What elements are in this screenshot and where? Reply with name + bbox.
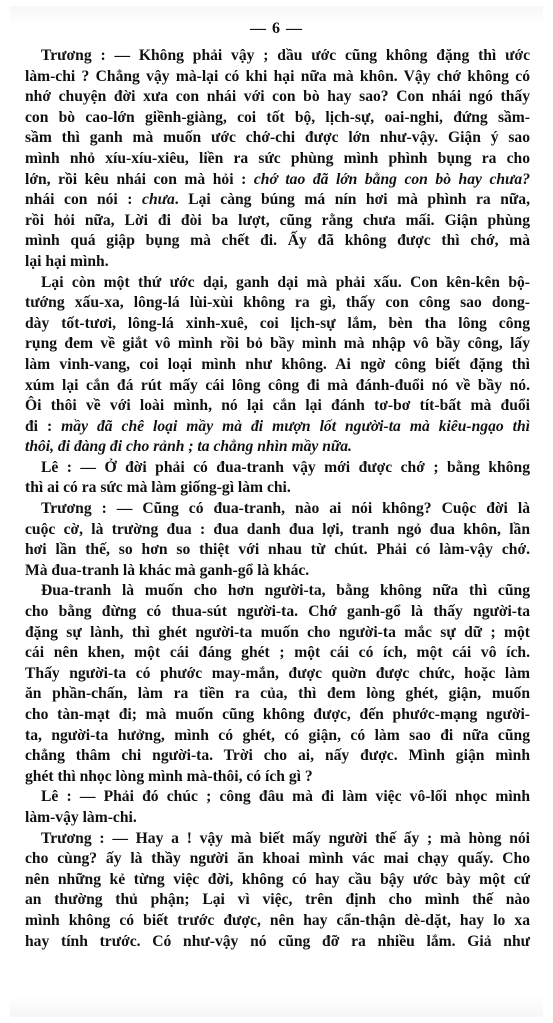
text-line: cái nên khen, một cái đáng ghét ; một cá… bbox=[25, 643, 530, 664]
text-line: Trương : — Cũng có đua-tranh, nào ai nói… bbox=[25, 499, 530, 520]
line-text: ta, người-ta hưởng, mình có ghét, có giậ… bbox=[25, 727, 530, 744]
body-text: Trương : — Không phải vậy ; dầu ước cũng… bbox=[25, 46, 530, 952]
text-line: mình không có biết trước được, nên hay c… bbox=[25, 911, 530, 932]
line-text: đi : bbox=[25, 418, 61, 435]
text-line: rụng đem về giắt vô mình rồi bỏ bầy mình… bbox=[25, 334, 530, 355]
text-line: hơi lần thế, so hơn so thiệt với nhau từ… bbox=[25, 540, 530, 561]
text-line: cho cùng? ấy là thầy người ăn khoai mình… bbox=[25, 849, 530, 870]
text-line: Mà đua-tranh là khác mà ganh-gổ là khác. bbox=[25, 561, 530, 582]
line-text: ghét thì nhọc lòng mình mà-thôi, có ích … bbox=[25, 768, 313, 785]
text-line: cho bằng đừng có thua-sút người-ta. Chớ … bbox=[25, 602, 530, 623]
line-text: cho bằng đừng có thua-sút người-ta. Chớ … bbox=[25, 603, 530, 620]
scanned-page: — 6 — Trương : — Không phải vậy ; dầu ướ… bbox=[0, 0, 553, 1023]
line-text: Trương : — Cũng có đua-tranh, nào ai nói… bbox=[41, 500, 530, 517]
line-text: lớn, rồi kêu nhái con mà hỏi : bbox=[25, 171, 254, 188]
text-line: xúm lại cắn đá rút mấy cái lông công đi … bbox=[25, 376, 530, 397]
text-line: hay tính trước. Có như-vậy nó cũng đỡ ra… bbox=[25, 932, 530, 953]
line-text: lại hại mình. bbox=[25, 253, 109, 270]
line-text: làm-vậy làm-chi. bbox=[25, 809, 137, 826]
line-text: dày tốt-tươi, lông-lá xinh-xuê, coi lịch… bbox=[25, 315, 530, 332]
text-line: mình quá giập bụng mà chết đi. Ấy đã khô… bbox=[25, 231, 530, 252]
text-line: an thường thủ phận; Lại vì việc, trên đị… bbox=[25, 890, 530, 911]
text-line: lại hại mình. bbox=[25, 252, 530, 273]
text-line: mình nhỏ xíu-xíu-xiêu, liền ra sức phùng… bbox=[25, 149, 530, 170]
text-line: Ôi thôi về với loài mình, nó lại cắn lại… bbox=[25, 396, 530, 417]
page-number: — 6 — bbox=[0, 20, 553, 38]
line-text: nhái con nói : bbox=[25, 191, 142, 208]
text-line: ăn phần-chấn, làm ra tiền ra của, thì đe… bbox=[25, 684, 530, 705]
text-line: Trương : — Không phải vậy ; dầu ước cũng… bbox=[25, 46, 530, 67]
text-line: nên những kẻ từng việc đời, không có hay… bbox=[25, 870, 530, 891]
line-text: xúm lại cắn đá rút mấy cái lông công đi … bbox=[25, 377, 530, 394]
line-text: hay tính trước. Có như-vậy nó cũng đỡ ra… bbox=[25, 933, 530, 950]
line-text: Trương : — Không phải vậy ; dầu ước cũng… bbox=[41, 47, 530, 64]
line-text: Lê : — Ở đời phải có đua-tranh vậy mới đ… bbox=[41, 459, 530, 476]
line-text: Trương : — Hay a ! vậy mà biết mấy người… bbox=[41, 830, 530, 847]
line-text: đặng sự lành, thì ghét người-ta muốn cho… bbox=[25, 624, 530, 641]
line-text: nhớ chuyện đời xưa con nhái với con bò h… bbox=[25, 88, 530, 105]
text-line: đặng sự lành, thì ghét người-ta muốn cho… bbox=[25, 623, 530, 644]
italic-quote: chớ tao đã lớn bằng con bò hay chưa? bbox=[254, 171, 530, 188]
text-line: chẳng thâm chi người-ta. Trời cho ai, nấ… bbox=[25, 746, 530, 767]
line-text: làm vinh-vang, coi loại mình như không. … bbox=[25, 356, 530, 373]
line-text: Ôi thôi về với loài mình, nó lại cắn lại… bbox=[25, 397, 530, 414]
line-text: thì ai có ra sức mà làm giống-gì làm chi… bbox=[25, 479, 291, 496]
text-line: lớn, rồi kêu nhái con mà hỏi : chớ tao đ… bbox=[25, 170, 530, 191]
line-text: mình không có biết trước được, nên hay c… bbox=[25, 912, 530, 929]
text-line: nhớ chuyện đời xưa con nhái với con bò h… bbox=[25, 87, 530, 108]
italic-quote: thôi, đi đàng đi cho rảnh ; ta chẳng nhì… bbox=[25, 438, 352, 455]
text-line: ta, người-ta hưởng, mình có ghét, có giậ… bbox=[25, 726, 530, 747]
text-line: dày tốt-tươi, lông-lá xinh-xuê, coi lịch… bbox=[25, 314, 530, 335]
line-text: cho tàn-mạt đi; mà muốn cũng không được,… bbox=[25, 706, 530, 723]
italic-quote: chưa bbox=[142, 191, 175, 208]
line-text: làm-chi ? Chẳng vậy mà-lại có khi hại nữ… bbox=[25, 68, 530, 85]
line-text: nên những kẻ từng việc đời, không có hay… bbox=[25, 871, 530, 888]
line-text: mình quá giập bụng mà chết đi. Ấy đã khô… bbox=[25, 232, 530, 249]
line-text: ăn phần-chấn, làm ra tiền ra của, thì đe… bbox=[25, 685, 530, 702]
line-text: cuộc cờ, là trường đua : đua danh đua lợ… bbox=[25, 521, 530, 538]
line-text: Đua-tranh là muốn cho hơn người-ta, bằng… bbox=[41, 582, 530, 599]
text-line: rồi hỏi nữa, Lời đi đòi ba lượt, cũng rằ… bbox=[25, 211, 530, 232]
text-line: thôi, đi đàng đi cho rảnh ; ta chẳng nhì… bbox=[25, 437, 530, 458]
italic-quote: mầy đã chê loại mầy mà đi mượn lốt người… bbox=[61, 418, 530, 435]
text-line: làm vinh-vang, coi loại mình như không. … bbox=[25, 355, 530, 376]
text-line: làm-vậy làm-chi. bbox=[25, 808, 530, 829]
line-text: con bò cao-lớn giềnh-giàng, coi tốt bộ, … bbox=[25, 109, 530, 126]
scan-edge-bottom bbox=[10, 995, 543, 1017]
line-text: chẳng thâm chi người-ta. Trời cho ai, nấ… bbox=[25, 747, 530, 764]
text-line: con bò cao-lớn giềnh-giàng, coi tốt bộ, … bbox=[25, 108, 530, 129]
text-line: cho tàn-mạt đi; mà muốn cũng không được,… bbox=[25, 705, 530, 726]
line-text: Thấy người-ta có phước may-mắn, được quờ… bbox=[25, 665, 530, 682]
text-line: cuộc cờ, là trường đua : đua danh đua lợ… bbox=[25, 520, 530, 541]
text-line: tướng xấu-xa, lông-lá lùi-xùi không ra g… bbox=[25, 293, 530, 314]
line-text: mình nhỏ xíu-xíu-xiêu, liền ra sức phùng… bbox=[25, 150, 530, 167]
line-text: Lại còn một thứ ước dại, ganh dại mà phả… bbox=[41, 274, 530, 291]
text-line: đi : mầy đã chê loại mầy mà đi mượn lốt … bbox=[25, 417, 530, 438]
text-line: Lê : — Ở đời phải có đua-tranh vậy mới đ… bbox=[25, 458, 530, 479]
line-text: tướng xấu-xa, lông-lá lùi-xùi không ra g… bbox=[25, 294, 530, 311]
text-line: Trương : — Hay a ! vậy mà biết mấy người… bbox=[25, 829, 530, 850]
text-line: sầm thì ganh mà muốn ước chớ-chi được lớ… bbox=[25, 128, 530, 149]
text-line: Lê : — Phải đó chúc ; công đâu mà đi làm… bbox=[25, 787, 530, 808]
line-text: sầm thì ganh mà muốn ước chớ-chi được lớ… bbox=[25, 129, 530, 146]
line-text: hơi lần thế, so hơn so thiệt với nhau từ… bbox=[25, 541, 530, 558]
text-line: ghét thì nhọc lòng mình mà-thôi, có ích … bbox=[25, 767, 530, 788]
text-line: thì ai có ra sức mà làm giống-gì làm chi… bbox=[25, 478, 530, 499]
line-text: Mà đua-tranh là khác mà ganh-gổ là khác. bbox=[25, 562, 309, 579]
line-text: cho cùng? ấy là thầy người ăn khoai mình… bbox=[25, 850, 530, 867]
line-text: an thường thủ phận; Lại vì việc, trên đị… bbox=[25, 891, 530, 908]
line-text: . Lại càng búng má nín hơi mà phình ra n… bbox=[175, 191, 530, 208]
line-text: Lê : — Phải đó chúc ; công đâu mà đi làm… bbox=[41, 788, 530, 805]
text-line: Đua-tranh là muốn cho hơn người-ta, bằng… bbox=[25, 581, 530, 602]
text-line: Lại còn một thứ ước dại, ganh dại mà phả… bbox=[25, 273, 530, 294]
text-line: làm-chi ? Chẳng vậy mà-lại có khi hại nữ… bbox=[25, 67, 530, 88]
text-line: Thấy người-ta có phước may-mắn, được quờ… bbox=[25, 664, 530, 685]
text-line: nhái con nói : chưa. Lại càng búng má ní… bbox=[25, 190, 530, 211]
line-text: rụng đem về giắt vô mình rồi bỏ bầy mình… bbox=[25, 335, 530, 352]
line-text: cái nên khen, một cái đáng ghét ; một cá… bbox=[25, 644, 530, 661]
line-text: rồi hỏi nữa, Lời đi đòi ba lượt, cũng rằ… bbox=[25, 212, 530, 229]
